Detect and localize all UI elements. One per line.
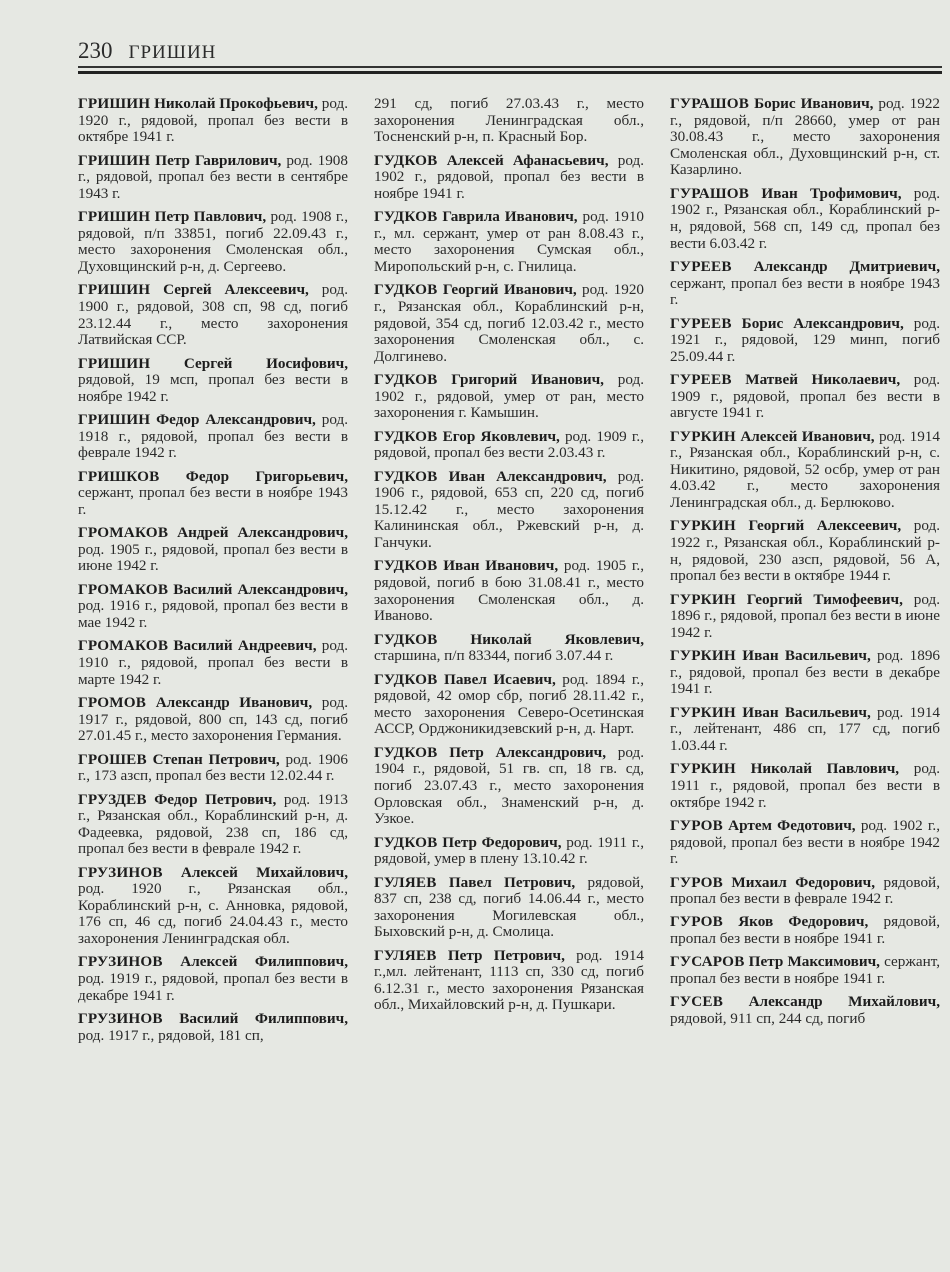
list-entry: ГУДКОВ Алексей Афанасьевич, род. 1902 г.… [374, 153, 644, 203]
entry-surname: ГУЛЯЕВ [374, 874, 437, 891]
list-entry: ГУРКИН Николай Павлович, род. 1911 г., р… [670, 761, 940, 811]
entry-given-names: Артем Федотович, [728, 817, 855, 834]
entry-given-names: Егор Яковлевич, [443, 428, 560, 445]
list-entry: ГРИШИН Федор Александрович, род. 1918 г.… [78, 412, 348, 462]
entry-details: рядовой, 911 сп, 244 сд, погиб [670, 1010, 865, 1027]
entry-given-names: Алексей Михайлович, [181, 864, 348, 881]
entry-surname: ГРУЗИНОВ [78, 1010, 163, 1027]
entry-given-names: Василий Александрович, [173, 581, 348, 598]
list-entry: ГУРОВ Михаил Федорович, рядовой, пропал … [670, 875, 940, 908]
entry-given-names: Борис Александрович, [742, 315, 904, 332]
entry-details: рядовой, 19 мсп, пропал без вести в нояб… [78, 371, 348, 405]
entry-details: род. 1917 г., рядовой, 181 сп, [78, 1027, 264, 1044]
list-entry: ГУДКОВ Павел Исаевич, род. 1894 г., рядо… [374, 672, 644, 738]
entry-given-names: Андрей Александрович, [177, 524, 348, 541]
list-entry: ГРОМОВ Александр Иванович, род. 1917 г.,… [78, 695, 348, 745]
entry-surname: ГУРАШОВ [670, 95, 749, 112]
list-entry: ГУДКОВ Гаврила Иванович, род. 1910 г., м… [374, 209, 644, 275]
entry-details: сержант, пропал без вести в ноябре 1943 … [78, 484, 348, 518]
entry-surname: ГУДКОВ [374, 281, 438, 298]
list-entry: ГРОМАКОВ Василий Андреевич, род. 1910 г.… [78, 638, 348, 688]
list-entry: ГУЛЯЕВ Павел Петрович, рядовой, 837 сп, … [374, 875, 644, 941]
entry-surname: ГРИШИН [78, 152, 150, 169]
list-entry: ГУРАШОВ Борис Иванович, род. 1922 г., ря… [670, 96, 940, 179]
entry-given-names: Петр Александрович, [449, 744, 606, 761]
entry-surname: ГУДКОВ [374, 744, 438, 761]
entry-surname: ГУДКОВ [374, 468, 438, 485]
entry-given-names: Сергей Иосифович, [184, 355, 348, 372]
entry-details: род. 1919 г., рядовой, пропал без вести … [78, 970, 348, 1004]
entry-given-names: Александр Иванович, [156, 694, 312, 711]
entry-given-names: Петр Павлович, [155, 208, 266, 225]
entry-given-names: Алексей Филиппович, [180, 953, 348, 970]
entry-surname: ГУРЕЕВ [670, 371, 732, 388]
entry-surname: ГРИШКОВ [78, 468, 159, 485]
entry-details: род. 1916 г., рядовой, пропал без вести … [78, 597, 348, 631]
entry-details: род. 1920 г., Рязанская обл., Кораблинск… [78, 880, 348, 947]
entry-given-names: Алексей Иванович, [740, 428, 874, 445]
list-entry: ГУРКИН Иван Васильевич, род. 1914 г., ле… [670, 705, 940, 755]
column-left: ГРИШИН Николай Прокофьевич, род. 1920 г.… [78, 96, 348, 1051]
entry-given-names: Георгий Тимофеевич, [747, 591, 903, 608]
list-entry: ГРИШИН Сергей Алексеевич, род. 1900 г., … [78, 282, 348, 348]
list-entry: ГУДКОВ Николай Яковлевич, старшина, п/п … [374, 632, 644, 665]
header-rule-thick [78, 71, 942, 74]
header-rule-thin [78, 66, 942, 68]
list-entry: ГРУЗИНОВ Алексей Филиппович, род. 1919 г… [78, 954, 348, 1004]
list-entry: ГРИШИН Петр Гаврилович, род. 1908 г., ря… [78, 153, 348, 203]
entry-given-names: Иван Александрович, [449, 468, 607, 485]
list-entry: ГУРЕЕВ Александр Дмитриевич, сержант, пр… [670, 259, 940, 309]
entry-surname: ГУРКИН [670, 428, 736, 445]
list-entry: ГРИШИН Николай Прокофьевич, род. 1920 г.… [78, 96, 348, 146]
column-right: ГУРАШОВ Борис Иванович, род. 1922 г., ря… [670, 96, 940, 1051]
entry-given-names: Николай Прокофьевич, [154, 95, 318, 112]
entry-surname: ГРОМОВ [78, 694, 146, 711]
entry-surname: ГРУЗДЕВ [78, 791, 147, 808]
list-entry: ГУРОВ Яков Федорович, рядовой, пропал бе… [670, 914, 940, 947]
page-header: 230 ГРИШИН [78, 38, 216, 64]
entry-surname: ГУРКИН [670, 760, 736, 777]
list-entry: ГУРАШОВ Иван Трофимович, род. 1902 г., Р… [670, 186, 940, 252]
entry-surname: ГУДКОВ [374, 631, 438, 648]
page-number: 230 [78, 38, 113, 64]
list-entry: ГУРЕЕВ Матвей Николаевич, род. 1909 г., … [670, 372, 940, 422]
list-entry: ГРИШКОВ Федор Григорьевич, сержант, проп… [78, 469, 348, 519]
entry-surname: ГУРОВ [670, 874, 723, 891]
entry-surname: ГУСЕВ [670, 993, 723, 1010]
entry-given-names: Григорий Иванович, [451, 371, 604, 388]
list-entry: ГУДКОВ Иван Александрович, род. 1906 г.,… [374, 469, 644, 552]
entry-given-names: Борис Иванович, [754, 95, 873, 112]
running-head: ГРИШИН [129, 42, 217, 64]
entry-surname: ГУРОВ [670, 817, 723, 834]
list-entry: ГУДКОВ Иван Иванович, род. 1905 г., рядо… [374, 558, 644, 624]
text-columns: ГРИШИН Николай Прокофьевич, род. 1920 г.… [78, 96, 940, 1051]
entry-given-names: Иван Васильевич, [742, 704, 871, 721]
entry-given-names: Сергей Алексеевич, [163, 281, 309, 298]
entry-surname: ГУРЕЕВ [670, 315, 732, 332]
entry-surname: ГУДКОВ [374, 557, 438, 574]
entry-given-names: Федор Петрович, [154, 791, 276, 808]
entry-surname: ГУРКИН [670, 517, 736, 534]
list-entry: ГУДКОВ Егор Яковлевич, род. 1909 г., ряд… [374, 429, 644, 462]
list-entry: 291 сд, погиб 27.03.43 г., место захорон… [374, 96, 644, 146]
entry-surname: ГРОШЕВ [78, 751, 147, 768]
entry-surname: ГРИШИН [78, 355, 150, 372]
entry-surname: ГУДКОВ [374, 208, 438, 225]
entry-given-names: Матвей Николаевич, [745, 371, 900, 388]
entry-given-names: Гаврила Иванович, [442, 208, 577, 225]
entry-surname: ГУРЕЕВ [670, 258, 732, 275]
entry-given-names: Иван Васильевич, [742, 647, 871, 664]
entry-given-names: Степан Петрович, [153, 751, 280, 768]
entry-details: старшина, п/п 83344, погиб 3.07.44 г. [374, 647, 613, 664]
entry-surname: ГУДКОВ [374, 834, 438, 851]
list-entry: ГУСЕВ Александр Михайлович, рядовой, 911… [670, 994, 940, 1027]
entry-given-names: Николай Павлович, [751, 760, 899, 777]
entry-given-names: Александр Дмитриевич, [754, 258, 940, 275]
entry-details: род. 1905 г., рядовой, пропал без вести … [78, 541, 348, 575]
entry-given-names: Павел Исаевич, [444, 671, 556, 688]
list-entry: ГРУЗИНОВ Василий Филиппович, род. 1917 г… [78, 1011, 348, 1044]
list-entry: ГУРКИН Георгий Тимофеевич, род. 1896 г.,… [670, 592, 940, 642]
list-entry: ГУДКОВ Петр Александрович, род. 1904 г.,… [374, 745, 644, 828]
entry-surname: ГУРКИН [670, 591, 736, 608]
list-entry: ГУЛЯЕВ Петр Петрович, род. 1914 г.,мл. л… [374, 948, 644, 1014]
entry-given-names: Михаил Федорович, [731, 874, 875, 891]
list-entry: ГУРКИН Георгий Алексеевич, род. 1922 г.,… [670, 518, 940, 584]
list-entry: ГРИШИН Сергей Иосифович, рядовой, 19 мсп… [78, 356, 348, 406]
entry-given-names: Алексей Афанасьевич, [447, 152, 609, 169]
entry-surname: ГУДКОВ [374, 371, 438, 388]
list-entry: ГРОМАКОВ Андрей Александрович, род. 1905… [78, 525, 348, 575]
list-entry: ГУДКОВ Петр Федорович, род. 1911 г., ряд… [374, 835, 644, 868]
list-entry: ГУСАРОВ Петр Максимович, сержант, пропал… [670, 954, 940, 987]
list-entry: ГУДКОВ Георгий Иванович, род. 1920 г., Р… [374, 282, 644, 365]
entry-surname: ГУЛЯЕВ [374, 947, 437, 964]
entry-given-names: Иван Трофимович, [761, 185, 901, 202]
list-entry: ГРОШЕВ Степан Петрович, род. 1906 г., 17… [78, 752, 348, 785]
entry-details: 291 сд, погиб 27.03.43 г., место захорон… [374, 95, 644, 145]
entry-given-names: Василий Филиппович, [179, 1010, 348, 1027]
list-entry: ГРИШИН Петр Павлович, род. 1908 г., рядо… [78, 209, 348, 275]
entry-surname: ГРИШИН [78, 411, 150, 428]
entry-surname: ГРИШИН [78, 281, 150, 298]
entry-surname: ГРОМАКОВ [78, 637, 168, 654]
entry-surname: ГРУЗИНОВ [78, 864, 163, 881]
list-entry: ГУРЕЕВ Борис Александрович, род. 1921 г.… [670, 316, 940, 366]
entry-surname: ГУСАРОВ [670, 953, 745, 970]
list-entry: ГУРКИН Иван Васильевич, род. 1896 г., ря… [670, 648, 940, 698]
entry-given-names: Яков Федорович, [738, 913, 868, 930]
entry-surname: ГУДКОВ [374, 671, 438, 688]
column-middle: 291 сд, погиб 27.03.43 г., место захорон… [374, 96, 644, 1051]
list-entry: ГУРКИН Алексей Иванович, род. 1914 г., Р… [670, 429, 940, 512]
entry-given-names: Петр Федорович, [442, 834, 561, 851]
entry-surname: ГУДКОВ [374, 428, 438, 445]
entry-given-names: Николай Яковлевич, [470, 631, 644, 648]
entry-given-names: Петр Петрович, [448, 947, 565, 964]
list-entry: ГУДКОВ Григорий Иванович, род. 1902 г., … [374, 372, 644, 422]
entry-surname: ГУРАШОВ [670, 185, 749, 202]
entry-surname: ГУДКОВ [374, 152, 438, 169]
list-entry: ГУРОВ Артем Федотович, род. 1902 г., ряд… [670, 818, 940, 868]
entry-surname: ГУРКИН [670, 647, 736, 664]
entry-given-names: Федор Григорьевич, [186, 468, 348, 485]
entry-details: сержант, пропал без вести в ноябре 1943 … [670, 275, 940, 309]
entry-given-names: Федор Александрович, [156, 411, 316, 428]
entry-given-names: Павел Петрович, [449, 874, 575, 891]
entry-surname: ГРИШИН [78, 95, 150, 112]
entry-surname: ГУРКИН [670, 704, 736, 721]
list-entry: ГРОМАКОВ Василий Александрович, род. 191… [78, 582, 348, 632]
entry-surname: ГРИШИН [78, 208, 150, 225]
entry-given-names: Георгий Иванович, [443, 281, 577, 298]
entry-surname: ГУРОВ [670, 913, 723, 930]
entry-given-names: Александр Михайлович, [749, 993, 940, 1010]
entry-given-names: Георгий Алексеевич, [749, 517, 902, 534]
entry-surname: ГРОМАКОВ [78, 524, 168, 541]
entry-given-names: Петр Гаврилович, [155, 152, 281, 169]
entry-given-names: Василий Андреевич, [173, 637, 316, 654]
list-entry: ГРУЗДЕВ Федор Петрович, род. 1913 г., Ря… [78, 792, 348, 858]
entry-given-names: Иван Иванович, [443, 557, 558, 574]
list-entry: ГРУЗИНОВ Алексей Михайлович, род. 1920 г… [78, 865, 348, 948]
entry-surname: ГРУЗИНОВ [78, 953, 163, 970]
entry-given-names: Петр Максимович, [749, 953, 880, 970]
entry-surname: ГРОМАКОВ [78, 581, 168, 598]
